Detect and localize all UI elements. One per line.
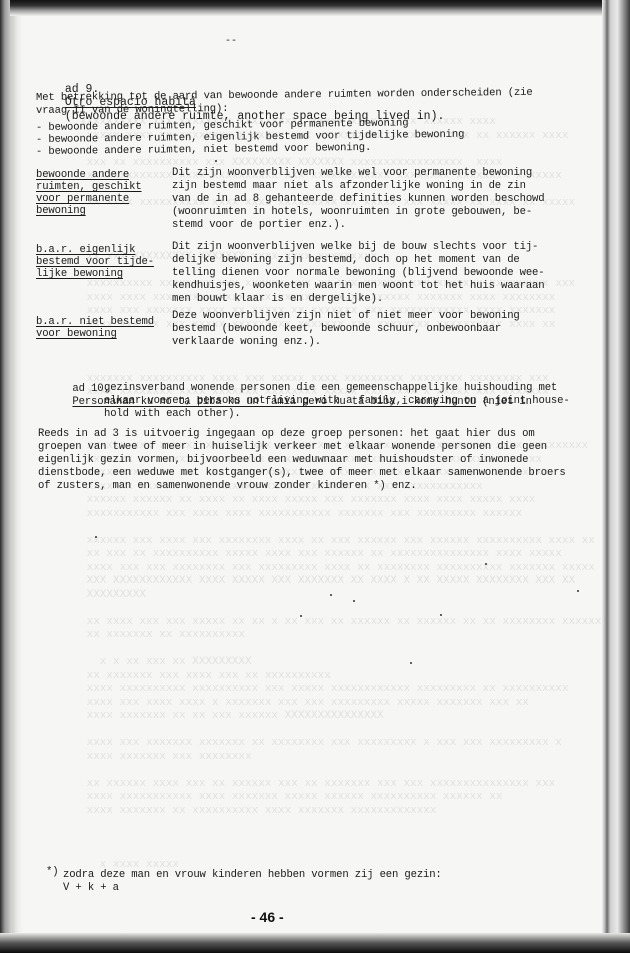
definition-3-body-line-2: bestemd (bewoonde keet, bewoonde schuur,… — [172, 323, 501, 337]
definition-1-body-line-1: Dit zijn woonverblijven welke wel voor p… — [172, 167, 532, 181]
definition-3-body-line-3: verklaarde woning enz.). — [172, 336, 321, 350]
definition-1-body-line-3: van de in ad 8 gehanteerde definities ku… — [172, 193, 544, 207]
page-edge-bottom — [0, 933, 630, 953]
dust-speck — [215, 160, 217, 162]
paragraph-line-1: Reeds in ad 3 is uitvoerig ingegaan op d… — [38, 428, 535, 442]
ad9-intro-line-2: vraag II van de woningtelling): — [36, 103, 229, 119]
definition-2-body-line-2: delijke bewoning zijn bestemd, doch op h… — [172, 254, 520, 268]
footnote-line-1: zodra deze man en vrouw kinderen hebben … — [63, 869, 442, 883]
definition-3-term-line-2: voor bewoning — [36, 328, 117, 342]
dust-speck — [330, 594, 332, 596]
running-head-mark: -- — [225, 36, 237, 47]
paragraph-line-3: eigenlijk gezin vormen, bijvoorbeeld een… — [38, 454, 528, 468]
definition-2-body-line-1: Dit zijn woonverblijven welke bij de bou… — [172, 241, 538, 255]
definition-2-body-line-4: kendhuisjes, woonketen waarin men woont … — [172, 280, 544, 294]
page-number: - 46 - — [251, 909, 284, 925]
definition-2-body-line-5: men bouwt klaar is en dergelijke). — [172, 293, 383, 307]
binding-edge-left — [0, 0, 12, 953]
page-edge-top — [10, 0, 610, 16]
dust-speck — [485, 563, 487, 565]
paragraph-line-4: dienstbode, een weduwe met kostganger(s)… — [38, 467, 566, 481]
definition-1-body-line-5: stemd voor de portier enz.). — [172, 219, 346, 233]
definition-1-term-line-4: bewoning — [36, 205, 86, 219]
definition-2-term-line-3: lijke bewoning — [36, 268, 123, 282]
page-edge-right — [602, 0, 630, 953]
ad10-line-3: elkaar voeren; persons not living with a… — [104, 395, 570, 409]
dust-speck — [440, 614, 442, 616]
paragraph-line-2: groepen van twee of meer in huiselijk ve… — [38, 441, 547, 455]
dust-speck — [95, 536, 97, 538]
definition-2-body-line-3: telling dienen voor normale bewoning (bl… — [172, 267, 544, 281]
dust-speck — [300, 615, 302, 617]
ad10-line-4: hold with each other). — [104, 408, 241, 422]
ad10-line-2: gezinsverband wonende personen die een g… — [104, 382, 557, 396]
paragraph-line-5: of zusters, man en samenwonende vrouw zo… — [38, 480, 417, 494]
definition-1-body-line-2: zijn bestemd maar niet als afzonderlijke… — [172, 180, 526, 194]
footnote-marker: *) — [46, 866, 58, 880]
footnote-line-2: V + k + a — [63, 882, 119, 896]
dust-speck — [577, 590, 579, 592]
definition-3-body-line-1: Deze woonverblijven zijn niet of niet me… — [172, 310, 520, 324]
dust-speck — [353, 600, 355, 602]
dust-speck — [410, 662, 412, 664]
show-through-text: xxxxxxxxxx xxx xxxxxxxx xxxxxxxxx xxxxx … — [80, 116, 615, 872]
definition-1-body-line-4: (woonruimten in hotels, woonruimten in g… — [172, 206, 532, 220]
